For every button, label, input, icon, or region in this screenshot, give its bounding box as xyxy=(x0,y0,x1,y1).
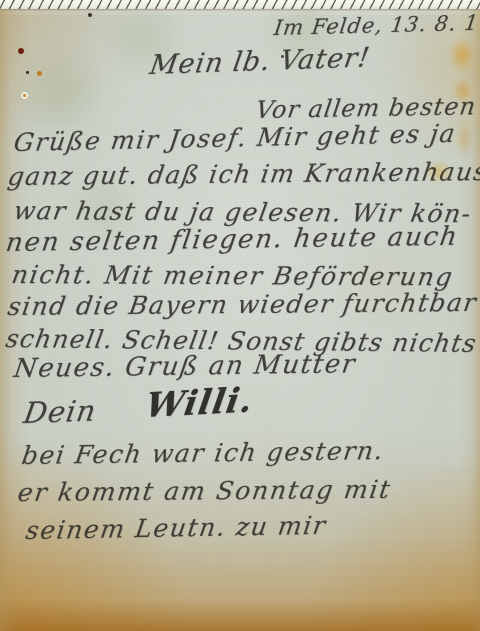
stain xyxy=(455,118,473,158)
ink-speck xyxy=(18,48,24,54)
ink-speck xyxy=(88,13,92,17)
letter-line: nicht. Mit meiner Beförderung xyxy=(10,260,456,291)
signature-name: Willi. xyxy=(143,380,256,426)
letter-line: sind die Bayern wieder furchtbar xyxy=(6,288,479,321)
postscript-line: bei Fech war ich gestern. xyxy=(20,436,386,470)
letter-line: ganz gut. daß ich im Krankenhaus xyxy=(6,157,480,191)
dateline: Im Felde, 13. 8. 17. xyxy=(272,10,480,40)
ink-speck xyxy=(21,92,28,99)
letter-scan: Im Felde, 13. 8. 17. Mein lb. Vater! Vor… xyxy=(0,0,480,631)
letter-line: Grüße mir Josef. Mir geht es ja xyxy=(12,119,458,157)
stain xyxy=(449,38,475,72)
ink-speck xyxy=(26,71,29,74)
letter-line: nen selten fliegen. heute auch xyxy=(4,222,461,258)
signature-valediction: Dein xyxy=(21,393,99,430)
postscript-line: seinem Leutn. zu mir xyxy=(24,511,329,545)
ink-speck xyxy=(37,71,42,76)
letter-line: Neues. Gruß an Mutter xyxy=(12,349,358,384)
salutation: Mein lb. Vater! xyxy=(148,42,373,81)
perforated-edge xyxy=(0,0,480,9)
postscript-line: er kommt am Sonntag mit xyxy=(16,475,394,507)
